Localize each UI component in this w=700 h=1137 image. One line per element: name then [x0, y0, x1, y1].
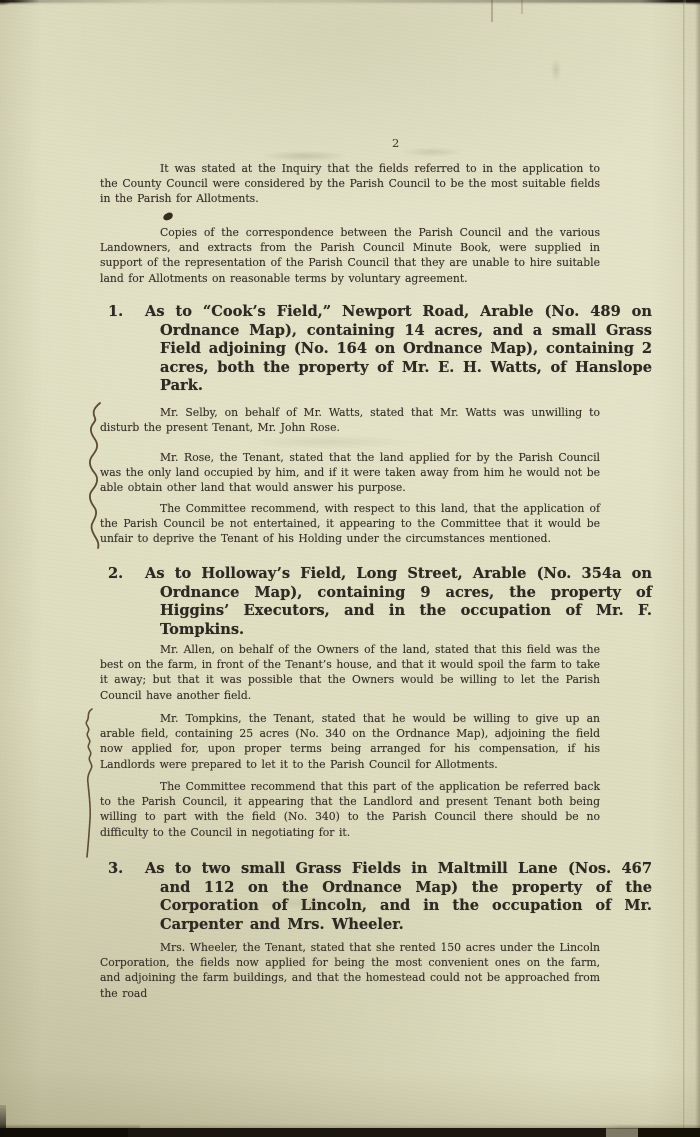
section-heading-text: As to “Cook’s Field,” Newport Road, Arab… — [145, 303, 652, 394]
paragraph: Copies of the correspondence between the… — [100, 225, 600, 286]
section-heading-1: 1.As to “Cook’s Field,” Newport Road, Ar… — [108, 303, 652, 396]
scan-corner-mark — [0, 1105, 6, 1137]
paragraph: Mrs. Wheeler, the Tenant, stated that sh… — [100, 940, 600, 1001]
paragraph: Mr. Selby, on behalf of Mr. Watts, state… — [100, 405, 600, 435]
scan-bottom-shadow — [0, 1124, 700, 1129]
section-heading-text: As to two small Grass Fields in Maltmill… — [145, 860, 652, 933]
section-heading-3: 3.As to two small Grass Fields in Maltmi… — [108, 860, 652, 934]
scan-bottom-edge — [0, 1128, 700, 1137]
scan-corner-mark — [0, 0, 16, 7]
paragraph: The Committee recommend that this part o… — [100, 779, 600, 840]
margin-brace-icon — [84, 402, 110, 550]
margin-brace-icon — [78, 707, 104, 859]
paragraph: The Committee recommend, with respect to… — [100, 501, 600, 547]
section-number: 2. — [108, 565, 145, 584]
section-number: 1. — [108, 303, 145, 322]
scan-right-edge — [695, 0, 700, 1137]
paragraph: It was stated at the Inquiry that the fi… — [100, 161, 600, 207]
scan-crease-tick — [491, 0, 493, 22]
section-heading-2: 2.As to Holloway’s Field, Long Street, A… — [108, 565, 652, 639]
ink-blot — [162, 212, 174, 222]
section-heading-text: As to Holloway’s Field, Long Street, Ara… — [145, 565, 652, 638]
paragraph: Mr. Tompkins, the Tenant, stated that he… — [100, 711, 600, 772]
scan-top-edge — [0, 0, 700, 5]
page-number: 2 — [392, 136, 400, 150]
scan-corner-mark — [666, 0, 700, 8]
scan-crease-tick — [521, 0, 523, 14]
paragraph: Mr. Allen, on behalf of the Owners of th… — [100, 642, 600, 703]
paper-crease — [683, 0, 686, 1137]
scanned-page: 2 It was stated at the Inquiry that the … — [0, 0, 700, 1137]
section-number: 3. — [108, 860, 145, 879]
paragraph: Mr. Rose, the Tenant, stated that the la… — [100, 450, 600, 496]
